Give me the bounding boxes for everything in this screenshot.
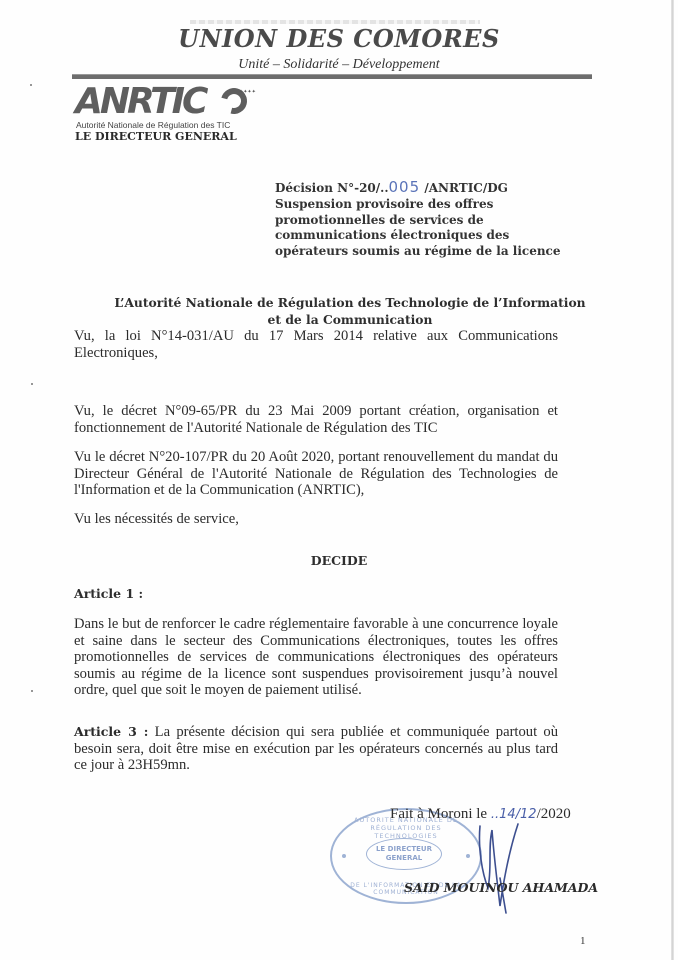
decide-heading: DECIDE xyxy=(0,553,678,568)
country-heading: UNION DES COMORES xyxy=(0,24,678,53)
decision-number-prefix: Décision N°-20/.. xyxy=(275,181,389,195)
decision-header: Décision N°-20/..005 /ANRTIC/DG Suspensi… xyxy=(275,180,561,260)
stamp-center-line: GENERAL xyxy=(367,854,441,863)
article-1-label: Article 1 : xyxy=(74,586,143,601)
signer-name: SAID MOUINOU AHAMADA xyxy=(404,880,598,895)
consideration-paragraph: Vu, la loi N°14-031/AU du 17 Mars 2014 r… xyxy=(74,328,558,361)
national-motto: Unité – Solidarité – Développement xyxy=(0,57,678,73)
header-divider xyxy=(72,74,592,79)
decision-number-handwritten: 005 xyxy=(389,178,421,196)
consideration-paragraph: Vu le décret N°20-107/PR du 20 Août 2020… xyxy=(74,449,558,499)
consideration-paragraph: Vu, le décret N°09-65/PR du 23 Mai 2009 … xyxy=(74,403,558,436)
stamp-dot-icon xyxy=(342,854,346,858)
document-page: UNION DES COMORES Unité – Solidarité – D… xyxy=(0,0,678,960)
authority-line: L’Autorité Nationale de Régulation des T… xyxy=(60,294,640,311)
stamp-center-line: LE DIRECTEUR xyxy=(367,845,441,854)
decision-subject-line: promotionnelles de services de xyxy=(275,213,561,229)
decision-subject-line: opérateurs soumis au régime de la licenc… xyxy=(275,244,561,260)
page-number: 1 xyxy=(580,935,586,947)
decision-subject-line: Suspension provisoire des offres xyxy=(275,197,561,213)
authority-line: et de la Communication xyxy=(60,311,640,328)
article-3: Article 3 : La présente décision qui ser… xyxy=(74,724,558,774)
authority-heading: L’Autorité Nationale de Régulation des T… xyxy=(60,294,640,328)
page-edge-shadow xyxy=(671,0,674,960)
scan-speck xyxy=(30,84,32,86)
handwritten-signature xyxy=(470,818,530,918)
issuer-title: LE DIRECTEUR GENERAL xyxy=(75,130,237,143)
logo-wordmark: ANRTIC xyxy=(75,84,205,120)
logo-subtitle: Autorité Nationale de Régulation des TIC xyxy=(76,120,230,130)
decision-subject-line: communications électroniques des xyxy=(275,228,561,244)
decision-number-suffix: /ANRTIC/DG xyxy=(420,181,508,195)
article-3-label: Article 3 : xyxy=(74,724,148,739)
stars-icon: ✦✦✦✦ xyxy=(239,90,247,95)
scan-speck xyxy=(31,383,33,385)
stamp-center: LE DIRECTEUR GENERAL xyxy=(366,838,442,870)
crescent-icon xyxy=(216,83,252,119)
article-1-text: Dans le but de renforcer le cadre réglem… xyxy=(74,616,558,699)
date-year: /2020 xyxy=(537,806,571,822)
scan-speck xyxy=(31,690,33,692)
consideration-paragraph: Vu les nécessités de service, xyxy=(74,511,558,528)
decision-number: Décision N°-20/..005 /ANRTIC/DG xyxy=(275,180,561,197)
